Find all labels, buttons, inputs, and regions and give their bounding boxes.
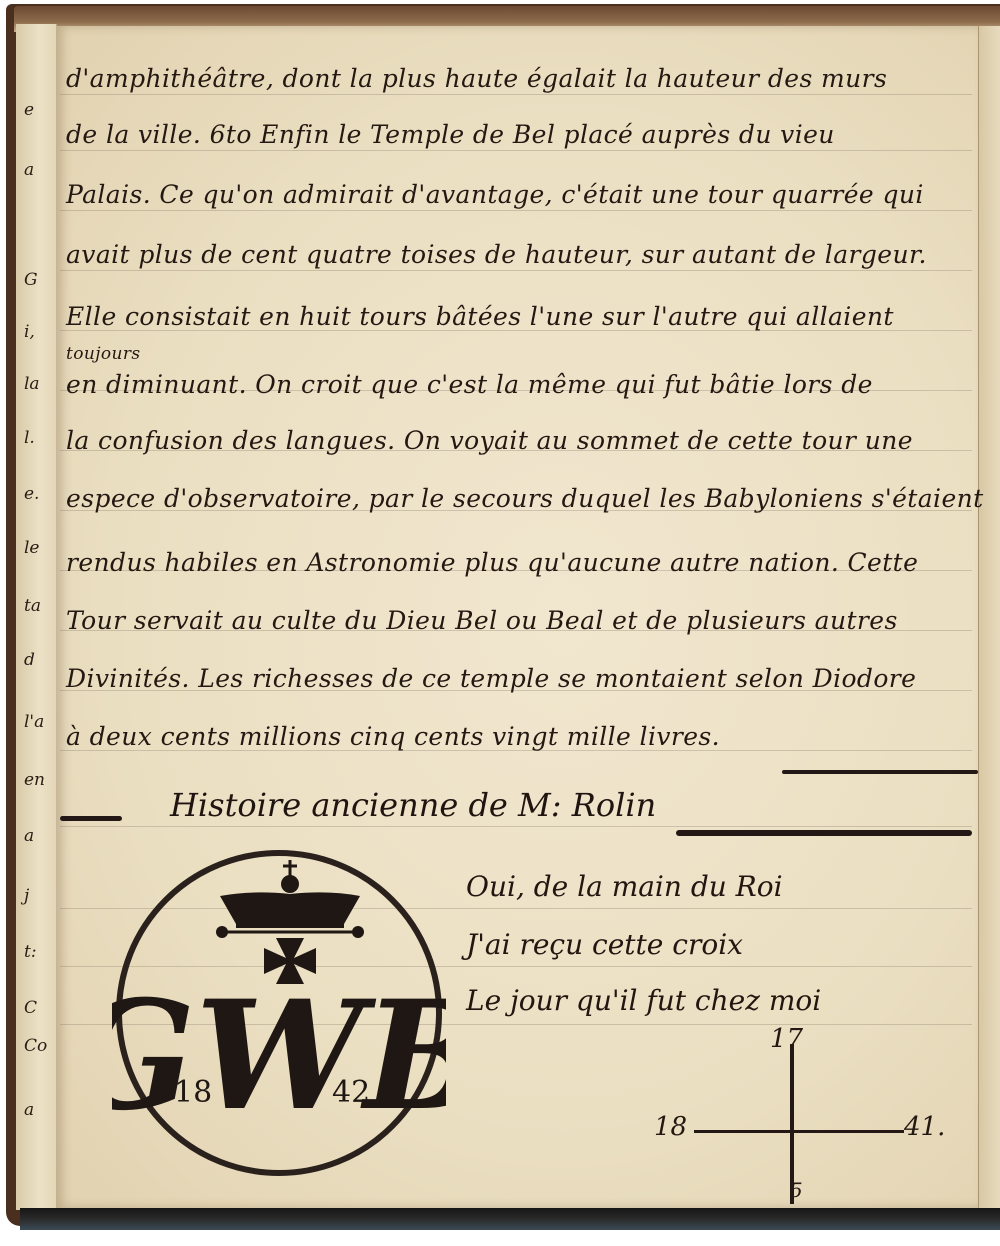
date-cross-horizontal bbox=[694, 1130, 904, 1133]
left-flourish-line bbox=[60, 816, 122, 821]
margin-fragment: d bbox=[24, 650, 35, 670]
margin-fragment: Co bbox=[24, 1036, 47, 1056]
margin-fragment: t: bbox=[24, 942, 37, 962]
margin-fragment: C bbox=[24, 998, 37, 1018]
emblem-year-right: 42 bbox=[332, 1075, 370, 1110]
source-citation-row: Histoire ancienne de M: Rolin bbox=[60, 786, 972, 836]
verse-line: Oui, de la main du Roi bbox=[466, 870, 783, 903]
date-right: 41. bbox=[904, 1112, 945, 1142]
margin-fragment: le bbox=[24, 538, 40, 558]
margin-fragment: en bbox=[24, 770, 45, 790]
margin-fragment: la bbox=[24, 374, 40, 394]
date-top: 17 bbox=[770, 1024, 803, 1054]
margin-fragment: i, bbox=[24, 322, 35, 342]
crown-icon bbox=[216, 860, 364, 938]
margin-fragment: a bbox=[24, 1100, 34, 1120]
text-line: espece d'observatoire, par le secours du… bbox=[66, 484, 984, 513]
margin-fragment: l'a bbox=[24, 712, 44, 732]
date-cross: 17 18 41. 5 bbox=[650, 1030, 950, 1210]
text-line: en diminuant. On croit que c'est la même… bbox=[66, 370, 873, 399]
interlinear-insertion: toujours bbox=[66, 344, 141, 364]
next-page-edge bbox=[978, 26, 1000, 1208]
text-line: rendus habiles en Astronomie plus qu'auc… bbox=[66, 548, 918, 577]
emblem-year-left: 18 bbox=[174, 1075, 212, 1110]
margin-fragment: a bbox=[24, 160, 34, 180]
margin-fragment: e bbox=[24, 100, 34, 120]
date-left: 18 bbox=[654, 1112, 687, 1142]
date-bottom: 5 bbox=[790, 1178, 803, 1202]
margin-fragment: l. bbox=[24, 428, 35, 448]
previous-page-margin bbox=[16, 24, 57, 1210]
text-line: Elle consistait en huit tours bâtées l'u… bbox=[66, 302, 894, 331]
margin-fragment: G bbox=[24, 270, 38, 290]
text-line: Palais. Ce qu'on admirait d'avantage, c'… bbox=[66, 180, 924, 209]
verse-line: Le jour qu'il fut chez moi bbox=[466, 984, 821, 1017]
text-line: de la ville. 6to Enfin le Temple de Bel … bbox=[66, 120, 835, 149]
margin-fragment: a bbox=[24, 826, 34, 846]
text-line: avait plus de cent quatre toises de haut… bbox=[66, 240, 927, 269]
margin-fragment: ta bbox=[24, 596, 41, 616]
end-flourish-line bbox=[782, 770, 978, 774]
source-citation: Histoire ancienne de M: Rolin bbox=[170, 786, 656, 824]
margin-fragment: j bbox=[24, 886, 29, 906]
text-line: Tour servait au culte du Dieu Bel ou Bea… bbox=[66, 606, 898, 635]
text-line: d'amphithéâtre, dont la plus haute égala… bbox=[66, 64, 887, 93]
text-line: à deux cents millions cinq cents vingt m… bbox=[66, 722, 720, 751]
ruled-line bbox=[60, 210, 972, 211]
margin-fragment: e. bbox=[24, 484, 39, 504]
verse-line: J'ai reçu cette croix bbox=[466, 928, 743, 961]
ruled-line bbox=[60, 94, 972, 95]
ruled-line bbox=[60, 270, 972, 271]
ruled-line bbox=[60, 150, 972, 151]
book-bottom-edge bbox=[20, 1208, 1000, 1230]
monogram-letters: GWB bbox=[112, 968, 446, 1144]
text-line: Divinités. Les richesses de ce temple se… bbox=[66, 664, 916, 693]
text-line: la confusion des langues. On voyait au s… bbox=[66, 426, 913, 455]
monogram-seal-icon: GWB 18 42 bbox=[112, 846, 446, 1180]
right-flourish-line bbox=[676, 830, 972, 836]
